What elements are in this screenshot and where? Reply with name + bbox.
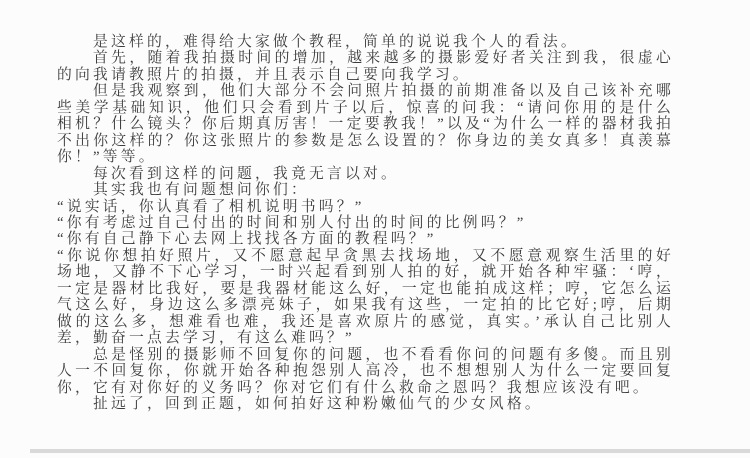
- paragraph-intro: 是这样的，难得给大家做个教程，简单的说说我个人的看法。: [57, 34, 674, 50]
- paragraph-speechless: 每次看到这样的问题，我竟无言以对。: [57, 166, 674, 182]
- document-page: 是这样的，难得给大家做个教程，简单的说说我个人的看法。 首先，随着我拍摄时间的增…: [0, 0, 750, 458]
- essay-text: 是这样的，难得给大家做个教程，简单的说说我个人的看法。 首先，随着我拍摄时间的增…: [57, 34, 674, 412]
- paragraph-questions-lead: 其实我也有问题想问你们：: [57, 182, 674, 198]
- paragraph-question-time: “你有考虑过自己付出的时间和别人付出的时间的比例吗？”: [57, 215, 674, 231]
- paragraph-blame: 总是怪别的摄影师不回复你的问题，也不看看你问的问题有多傻。而且别人一不回复你，你…: [57, 347, 674, 396]
- paragraph-observation: 但是我观察到，他们大部分不会问照片拍摄的前期准备以及自己该补充哪些美学基础知识，…: [57, 83, 674, 165]
- paragraph-question-manual: “说实话，你认真看了相机说明书吗？”: [57, 199, 674, 215]
- paragraph-back-to-topic: 扯远了，回到正题，如何拍好这种粉嫩仙气的少女风格。: [57, 396, 674, 412]
- paragraph-question-complaints: “你说你想拍好照片，又不愿意起早贪黑去找场地，又不愿意观察生活里的好场地，又静不…: [57, 248, 674, 347]
- paragraph-first: 首先，随着我拍摄时间的增加，越来越多的摄影爱好者关注到我，很虚心的向我请教照片的…: [57, 50, 674, 83]
- paragraph-question-tutorials: “你有自己静下心去网上找找各方面的教程吗？”: [57, 231, 674, 247]
- bottom-divider: [30, 449, 750, 453]
